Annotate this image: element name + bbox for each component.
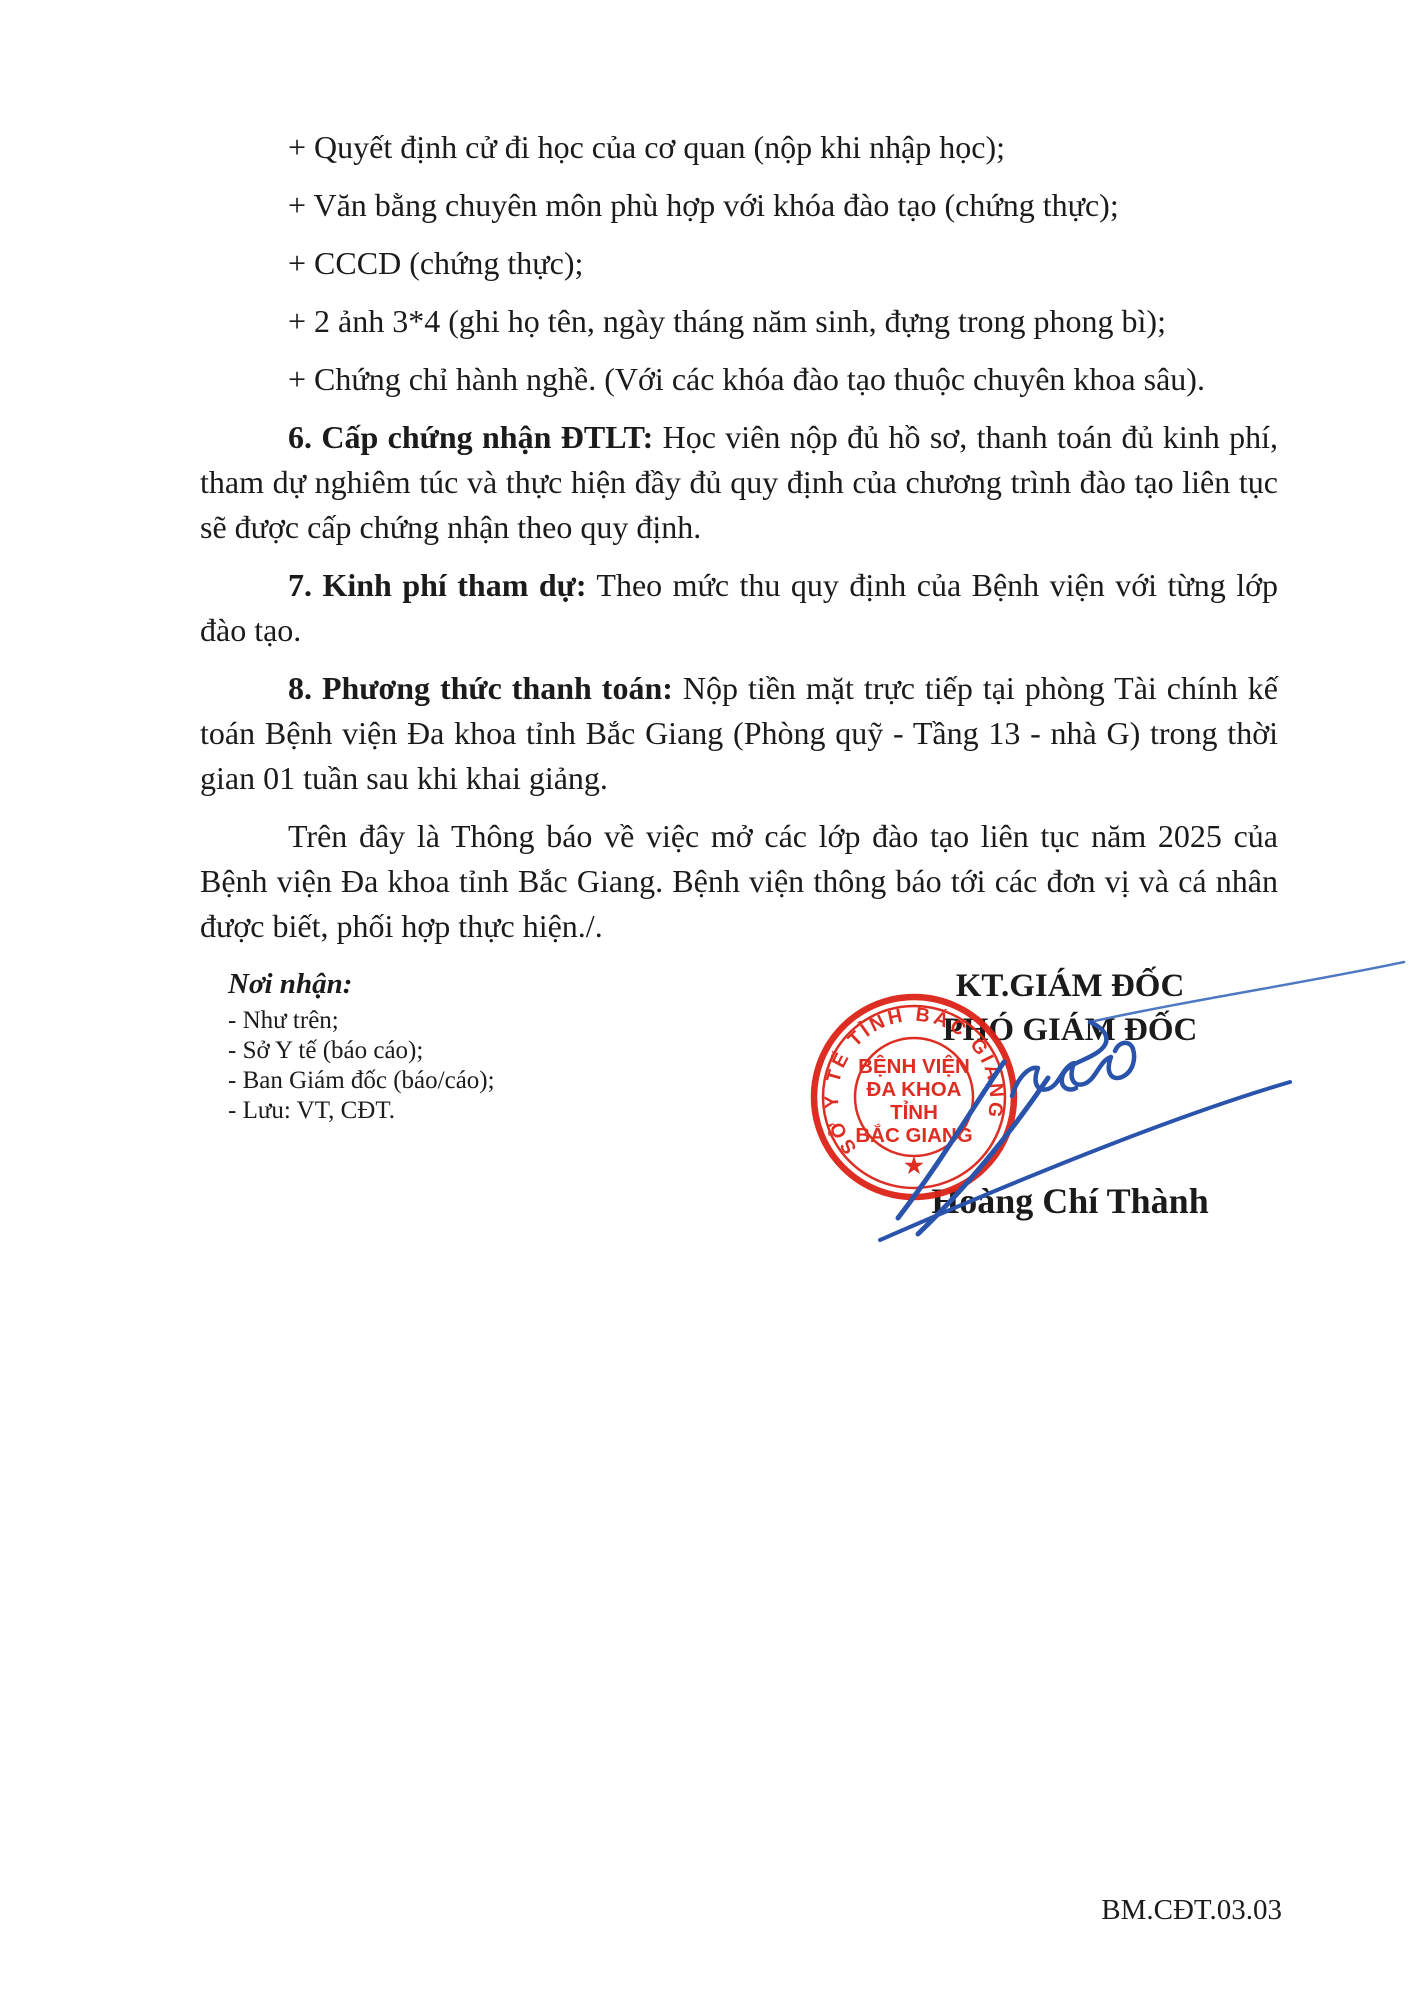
hospital-stamp: SỞ Y TẾ TỈNH BẮC GIANG BỆNH VIỆN ĐA KHOA… — [806, 989, 1022, 1205]
bullet-line: + CCCD (chứng thực); — [200, 241, 1278, 286]
document-page: + Quyết định cử đi học của cơ quan (nộp … — [0, 0, 1414, 2000]
document-body: + Quyết định cử đi học của cơ quan (nộp … — [200, 125, 1278, 962]
stamp-center-line: ĐA KHOA — [867, 1078, 962, 1101]
recipients-block: Nơi nhận: - Như trên; - Sở Y tế (báo cáo… — [228, 968, 495, 1126]
stamp-center-line: TỈNH — [890, 1101, 938, 1124]
stamp-star-icon: ★ — [904, 1153, 924, 1178]
bullet-line: + Văn bằng chuyên môn phù hợp với khóa đ… — [200, 183, 1278, 228]
stamp-center-line: BỆNH VIỆN — [858, 1054, 970, 1078]
recipient-item: - Như trên; — [228, 1006, 495, 1036]
section-paragraph-6: 6. Cấp chứng nhận ĐTLT: Học viên nộp đủ … — [200, 415, 1278, 550]
section-label: 7. Kinh phí tham dự: — [288, 567, 587, 603]
stamp-center-line: BẮC GIANG — [855, 1123, 972, 1147]
footer-code: BM.CĐT.03.03 — [1101, 1894, 1282, 1927]
bullet-line: + Chứng chỉ hành nghề. (Với các khóa đào… — [200, 357, 1278, 402]
recipients-title: Nơi nhận: — [228, 968, 495, 1001]
recipient-item: - Ban Giám đốc (báo/cáo); — [228, 1066, 495, 1096]
section-label: 6. Cấp chứng nhận ĐTLT: — [288, 419, 653, 455]
bullet-line: + 2 ảnh 3*4 (ghi họ tên, ngày tháng năm … — [200, 299, 1278, 344]
recipient-item: - Sở Y tế (báo cáo); — [228, 1036, 495, 1066]
section-label: 8. Phương thức thanh toán: — [288, 670, 673, 706]
section-paragraph-8: 8. Phương thức thanh toán: Nộp tiền mặt … — [200, 666, 1278, 801]
bullet-line: + Quyết định cử đi học của cơ quan (nộp … — [200, 125, 1278, 170]
section-paragraph-7: 7. Kinh phí tham dự: Theo mức thu quy đị… — [200, 563, 1278, 653]
recipient-item: - Lưu: VT, CĐT. — [228, 1096, 495, 1126]
closing-paragraph: Trên đây là Thông báo về việc mở các lớp… — [200, 814, 1278, 949]
